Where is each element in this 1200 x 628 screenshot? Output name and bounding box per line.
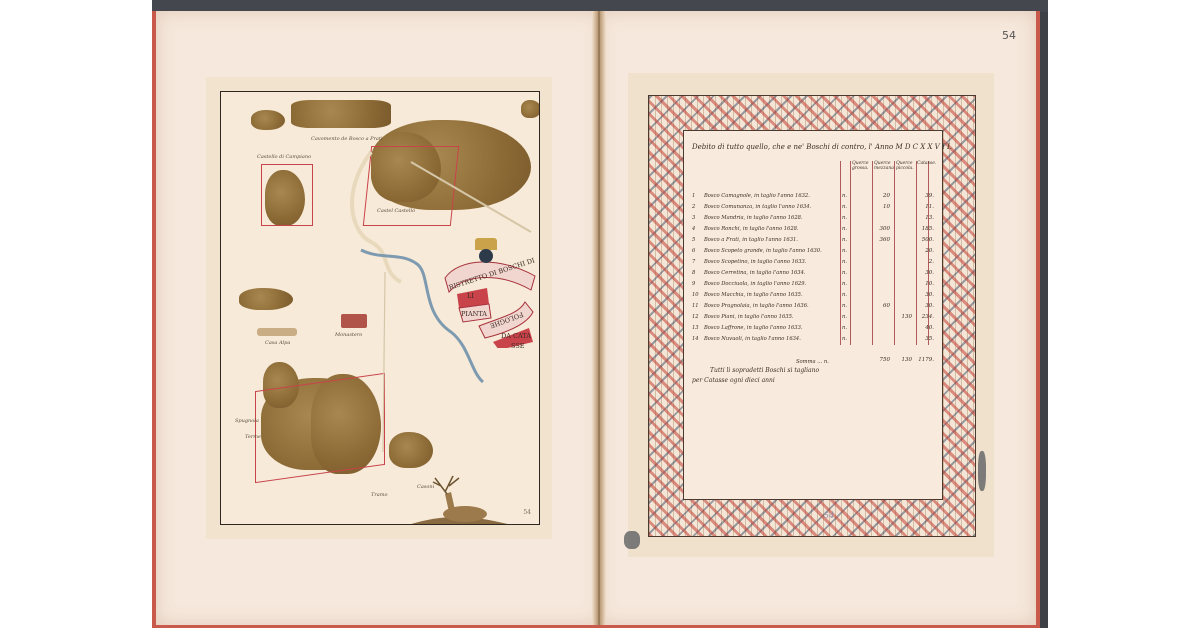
row-description: Bosco Ronchi, in taglio l'anno 1628. [704,224,799,234]
row-c4: 2. [914,259,934,265]
row-unit: n. [842,224,847,234]
row-unit: n. [842,290,847,300]
row-c2: 10 [870,204,890,210]
totals-c3: 130 [892,357,912,363]
row-description: Bosco Nuvuoli, in taglio l'anno 1634. [704,334,801,344]
ledger-title: Debito di tutto quello, che e ne' Boschi… [692,143,952,151]
column-rule [840,161,841,345]
banner-text: PIANTA [461,310,487,318]
row-unit: n. [842,323,847,333]
right-page: 54 Debito di tutto quello, che e ne' Bos… [598,11,1040,628]
row-c2: 60 [870,303,890,309]
row-c2: 300 [870,226,890,232]
row-unit: n. [842,268,847,278]
row-unit: n. [842,246,847,256]
row-description: Bosco Pragnolaia, in taglio l'anno 1636. [704,301,809,311]
row-unit: n. [842,235,847,245]
row-number: 7 [692,257,700,267]
row-description: Bosco Camagnole, in taglio l'anno 1632. [704,191,810,201]
row-description: Bosco Cerretina, in taglio l'anno 1634. [704,268,806,278]
map-label: Spugnola [235,418,259,424]
document-plate: Debito di tutto quello, che e ne' Boschi… [628,73,994,557]
row-number: 12 [692,312,700,322]
row-number: 4 [692,224,700,234]
row-unit: n. [842,213,847,223]
banner-text: SSE [511,342,525,350]
row-c4: 500. [914,237,934,243]
row-number: 11 [692,301,700,311]
row-description: Bosco a Frati, in taglio l'anno 1631. [704,235,798,245]
row-c3: 130 [892,314,912,320]
folio-number: 54 [1002,29,1016,42]
column-header: Querce piccola. [896,161,916,171]
plate-number: 54 [523,509,531,516]
row-number: 13 [692,323,700,333]
row-c4: 234. [914,314,934,320]
totals-label: Somma ... n. [796,357,829,367]
row-c4: 35. [914,336,934,342]
row-unit: n. [842,257,847,267]
map-label: Casa Alpa [265,340,290,346]
row-c4: 39. [914,193,934,199]
row-number: 8 [692,268,700,278]
row-description: Bosco Mandria, in taglio l'anno 1628. [704,213,803,223]
row-c4: 30. [914,292,934,298]
row-number: 6 [692,246,700,256]
note-line: Tutti li sopradetti Boschi si tagliano [710,367,819,374]
row-c2: 360 [870,237,890,243]
banner-text: LI [467,292,474,300]
banner-text: DA CATA [501,332,531,340]
stag-icon [405,472,515,525]
map-label: Terme [245,434,261,440]
row-description: Bosco Comunanza, in taglio l'anno 1634. [704,202,811,212]
ink-stain [624,531,640,549]
ledger-panel: Debito di tutto quello, che e ne' Boschi… [683,130,943,500]
book-gutter [592,11,606,625]
globe-icon [479,249,493,263]
totals-c4: 1179. [914,357,934,363]
row-c2: 20 [870,193,890,199]
row-description: Bosco Scopetino, in taglio l'anno 1633. [704,257,806,267]
row-description: Bosco Scopeto grande, in taglio l'anno 1… [704,246,822,256]
monastery-building [341,314,367,328]
column-header: Querce grossa. [852,161,872,171]
village-building [257,328,297,336]
row-unit: n. [842,312,847,322]
row-description: Bosco Macchia, in taglio l'anno 1635. [704,290,803,300]
ink-stain [978,451,986,491]
left-page: Castello di Campiano Cavomento de Bosco … [152,11,602,628]
row-number: 2 [692,202,700,212]
illuminated-border: Debito di tutto quello, che e ne' Boschi… [648,95,976,537]
row-c4: 11. [914,204,934,210]
row-number: 1 [692,191,700,201]
column-rule [872,161,873,345]
row-c4: 185. [914,226,934,232]
totals-c2: 750 [870,357,890,363]
row-c4: 30. [914,270,934,276]
row-unit: n. [842,279,847,289]
row-unit: n. [842,334,847,344]
row-number: 10 [692,290,700,300]
map-label: Castel Castello [377,208,415,214]
row-description: Bosco Laffrone, in taglio l'anno 1633. [704,323,803,333]
map-label: Castello di Campiano [257,154,311,160]
row-c4: 13. [914,215,934,221]
column-header: Querce mezzana [874,161,894,171]
row-c4: 30. [914,303,934,309]
row-description: Bosco Docciuola, in taglio l'anno 1629. [704,279,806,289]
map-plate: Castello di Campiano Cavomento de Bosco … [206,77,552,539]
column-header: Catasse. [917,161,937,166]
row-unit: n. [842,301,847,311]
note-line: per Catasse ogni dieci anni [692,377,775,384]
row-unit: n. [842,191,847,201]
row-number: 14 [692,334,700,344]
map-label: Monastero [335,332,362,338]
title-banner: RISTRETTO DI BOSCHI DI LI PIANTA FOLOGHE… [439,238,539,348]
map-label: Tramo [371,492,387,498]
woods-map: Castello di Campiano Cavomento de Bosco … [220,91,540,525]
row-unit: n. [842,202,847,212]
open-book: Castello di Campiano Cavomento de Bosco … [152,0,1048,628]
map-label: Cavomento de Bosco a Prati [311,136,382,142]
row-c4: 10. [914,281,934,287]
row-description: Bosco Piani, in taglio l'anno 1635. [704,312,794,322]
row-c4: 40. [914,325,934,331]
row-number: 5 [692,235,700,245]
row-number: 9 [692,279,700,289]
column-rule [850,161,851,345]
pencil-page-number: 54 [824,511,834,520]
row-c4: 20. [914,248,934,254]
row-number: 3 [692,213,700,223]
